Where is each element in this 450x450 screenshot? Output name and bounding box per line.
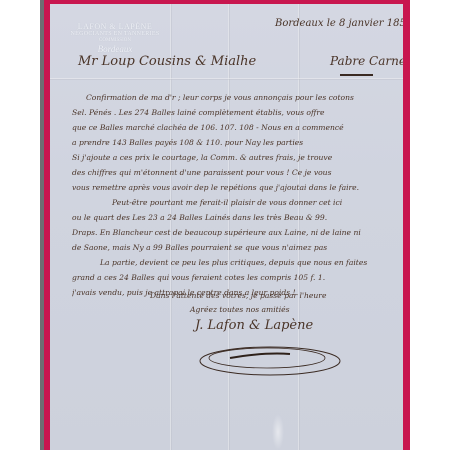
- fold-line-horizontal: [50, 78, 403, 80]
- letter-paper: LAFON & LAPÈNE NÉGOCIANTS EN TANNERIES C…: [50, 4, 403, 450]
- body-line: de Saone, mais Ny a 99 Balles pourraient…: [72, 240, 397, 255]
- body-line: Confirmation de ma d'r ; leur corps je v…: [72, 90, 397, 105]
- paper-crease: [272, 414, 284, 450]
- letterhead-city: Bordeaux: [60, 44, 170, 54]
- recipient: Mr Loup Cousins & Mialhe: [78, 54, 256, 69]
- red-border-right: [403, 0, 410, 450]
- closing-line: Dans l'attente des vôtres, je passe par …: [150, 291, 326, 300]
- dateline: Bordeaux le 8 janvier 1857: [275, 18, 403, 29]
- signature: J. Lafon & Lapène: [195, 318, 313, 333]
- body-line: Si j'ajoute a ces prix le courtage, la C…: [72, 150, 397, 165]
- letter-body: Confirmation de ma d'r ; leur corps je v…: [72, 90, 397, 300]
- signature-flourish: [195, 336, 345, 386]
- destination: Pabre Carne: [330, 54, 403, 68]
- body-line: a prendre 143 Balles payés 108 & 110. po…: [72, 135, 397, 150]
- body-line: Sel. Pénés . Les 274 Balles lainé complè…: [72, 105, 397, 120]
- body-line: ou le quart des Les 23 a 24 Balles Lainé…: [72, 210, 397, 225]
- letterhead-line: LAFON & LAPÈNE: [60, 22, 170, 31]
- body-line: La partie, devient ce peu les plus criti…: [72, 255, 397, 270]
- body-line: vous remettre après vous avoir dep le re…: [72, 180, 397, 195]
- closing-line: Agréez toutes nos amitiés: [190, 305, 290, 314]
- destination-underline: [340, 74, 373, 76]
- body-line: grand a ces 24 Balles qui vous feraient …: [72, 270, 397, 285]
- body-line: Draps. En Blancheur cest de beaucoup sup…: [72, 225, 397, 240]
- body-line: Peut-être pourtant me ferait-il plaisir …: [72, 195, 397, 210]
- body-line: des chiffres qui m'étonnent d'une parais…: [72, 165, 397, 180]
- body-line: que ce Balles marché clachéa de 106. 107…: [72, 120, 397, 135]
- embossed-letterhead: LAFON & LAPÈNE NÉGOCIANTS EN TANNERIES C…: [60, 22, 170, 54]
